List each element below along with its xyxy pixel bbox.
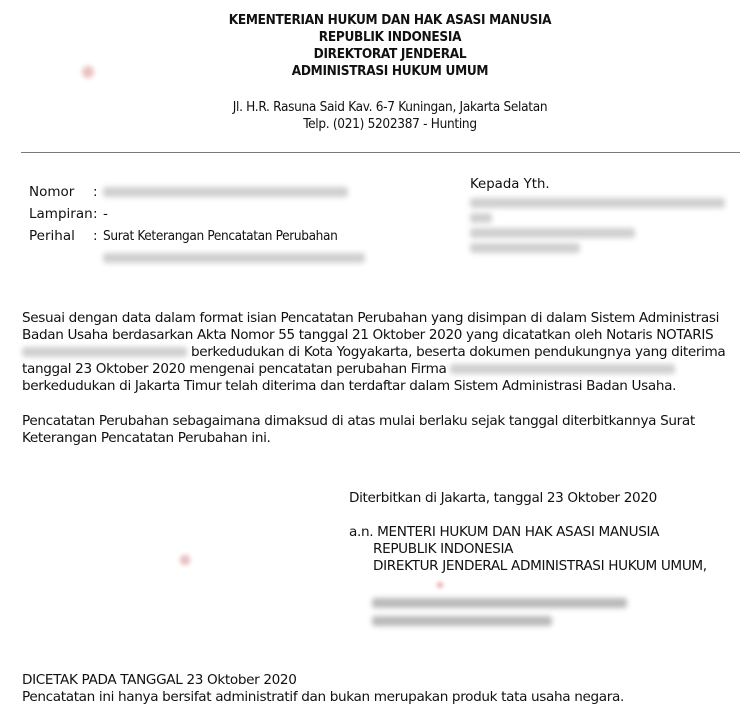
redacted-nomor: [redacted] xyxy=(103,187,348,197)
recipient-block: Kepada Yth. [redacted] [redacted] [redac… xyxy=(470,176,725,255)
printed-date: DICETAK PADA TANGGAL 23 Oktober 2020 xyxy=(22,672,624,689)
letterhead-line: ADMINISTRASI HUKUM UMUM xyxy=(0,63,756,80)
redacted-recipient-line: [redacted] xyxy=(470,198,725,208)
paragraph-text: Sesuai dengan data dalam format isian Pe… xyxy=(22,310,719,343)
header-divider xyxy=(21,152,740,153)
meta-row-perihal: Perihal : Surat Keterangan Pencatatan Pe… xyxy=(29,225,365,247)
letterhead-line: DIREKTORAT JENDERAL xyxy=(0,46,756,63)
broken-image-icon xyxy=(435,580,445,590)
signatory-title: DIREKTUR JENDERAL ADMINISTRASI HUKUM UMU… xyxy=(349,558,707,575)
letterhead: KEMENTERIAN HUKUM DAN HAK ASASI MANUSIA … xyxy=(0,12,756,80)
meta-row-lampiran: Lampiran : - xyxy=(29,203,365,225)
footer: DICETAK PADA TANGGAL 23 Oktober 2020 Pen… xyxy=(22,672,624,706)
perihal-value: Surat Keterangan Pencatatan Perubahan xyxy=(103,225,337,247)
on-behalf-line: a.n. MENTERI HUKUM DAN HAK ASASI MANUSIA xyxy=(349,524,707,541)
redacted-recipient-line: [redacted] xyxy=(470,228,635,238)
letterhead-line: KEMENTERIAN HUKUM DAN HAK ASASI MANUSIA xyxy=(0,12,756,29)
redacted-firm-name: [redacted] xyxy=(103,253,365,263)
redacted-firm-name xyxy=(450,364,675,374)
redacted-notary-name xyxy=(22,347,187,357)
issued-place-date: Diterbitkan di Jakarta, tanggal 23 Oktob… xyxy=(349,490,707,507)
signature-block: Diterbitkan di Jakarta, tanggal 23 Oktob… xyxy=(349,490,707,575)
lampiran-value: - xyxy=(103,203,108,225)
colon: : xyxy=(93,181,103,203)
redacted-signer-nip: [redacted] xyxy=(372,616,552,626)
nomor-label: Nomor xyxy=(29,181,93,203)
perihal-label: Perihal xyxy=(29,225,93,247)
signer-block: [redacted] [redacted] xyxy=(372,598,627,634)
redacted-recipient-line: [redacted] xyxy=(470,213,492,223)
body-paragraph-2: Pencatatan Perubahan sebagaimana dimaksu… xyxy=(22,413,737,447)
redacted-signer-name: [redacted] xyxy=(372,598,627,608)
redacted-recipient-line: [redacted] xyxy=(470,243,580,253)
recipient-heading: Kepada Yth. xyxy=(470,176,725,193)
letter-meta: Nomor : [redacted] Lampiran : - Perihal … xyxy=(29,181,365,269)
body-paragraph-1: Sesuai dengan data dalam format isian Pe… xyxy=(22,310,737,395)
address-line: Jl. H.R. Rasuna Said Kav. 6-7 Kuningan, … xyxy=(0,99,756,116)
lampiran-label: Lampiran xyxy=(29,203,93,225)
phone-line: Telp. (021) 5202387 - Hunting xyxy=(0,116,756,133)
disclaimer: Pencatatan ini hanya bersifat administra… xyxy=(22,689,624,706)
letterhead-line: REPUBLIK INDONESIA xyxy=(0,29,756,46)
colon: : xyxy=(93,203,103,225)
broken-image-icon xyxy=(178,553,192,567)
letterhead-address: Jl. H.R. Rasuna Said Kav. 6-7 Kuningan, … xyxy=(0,99,756,133)
signatory-line: REPUBLIK INDONESIA xyxy=(349,541,707,558)
nomor-value: [redacted] xyxy=(103,181,348,203)
meta-row-nomor: Nomor : [redacted] xyxy=(29,181,365,203)
colon: : xyxy=(93,225,103,247)
paragraph-text: berkedudukan di Jakarta Timur telah dite… xyxy=(22,378,676,394)
meta-row-perihal-2: [redacted] xyxy=(29,247,365,269)
